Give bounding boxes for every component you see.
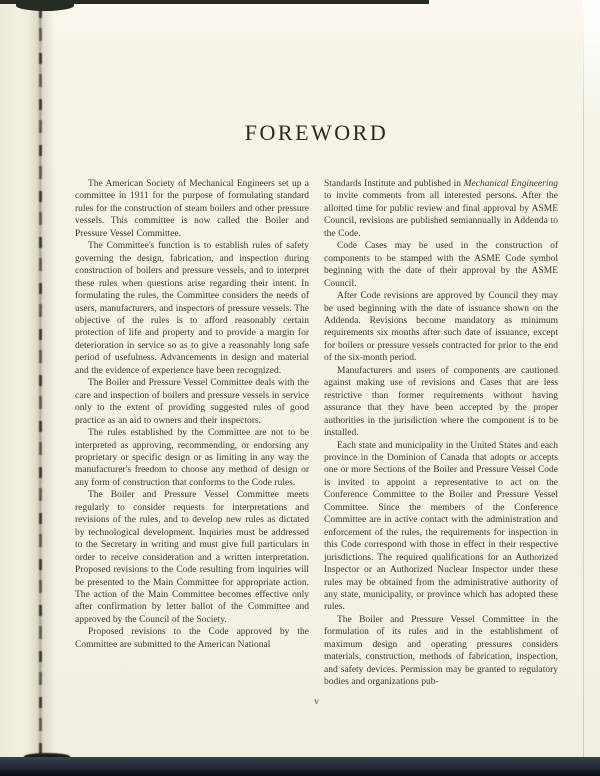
page-number: v (75, 697, 558, 707)
paragraph: The American Society of Mechanical Engin… (75, 178, 309, 240)
book-page-scan: FOREWORD The American Society of Mechani… (0, 0, 600, 776)
paragraph: Each state and municipality in the Unite… (324, 440, 558, 614)
paragraph: Manufacturers and users of components ar… (324, 365, 558, 440)
gutter-highlight (41, 0, 55, 757)
paragraph-continuation: Standards Institute and published in Mec… (324, 178, 558, 240)
fore-edge-fade (583, 0, 600, 120)
right-column: Standards Institute and published in Mec… (324, 178, 558, 689)
continuation-text-after: to invite comments from all interested p… (324, 191, 558, 238)
paragraph: The Boiler and Pressure Vessel Committee… (75, 377, 309, 427)
paragraph: The Committee's function is to establish… (75, 240, 309, 377)
paragraph: The Boiler and Pressure Vessel Committee… (324, 614, 558, 689)
two-column-layout: The American Society of Mechanical Engin… (75, 178, 558, 689)
left-column: The American Society of Mechanical Engin… (75, 178, 309, 689)
paragraph: Proposed revisions to the Code approved … (75, 626, 309, 651)
bottom-board (0, 757, 600, 776)
page-title: FOREWORD (75, 120, 558, 146)
paragraph: The Boiler and Pressure Vessel Committee… (75, 489, 309, 626)
facing-page-edge (0, 0, 41, 757)
paragraph: After Code revisions are approved by Cou… (324, 290, 558, 365)
paragraph: Code Cases may be used in the constructi… (324, 240, 558, 290)
gutter-crease-shadow (39, 7, 42, 758)
journal-title-italic: Mechanical Engineering (464, 179, 558, 189)
text-block: FOREWORD The American Society of Mechani… (75, 120, 558, 689)
top-spine-bump (16, 0, 74, 11)
continuation-text-before: Standards Institute and published in (324, 179, 464, 189)
paragraph: The rules established by the Committee a… (75, 427, 309, 489)
